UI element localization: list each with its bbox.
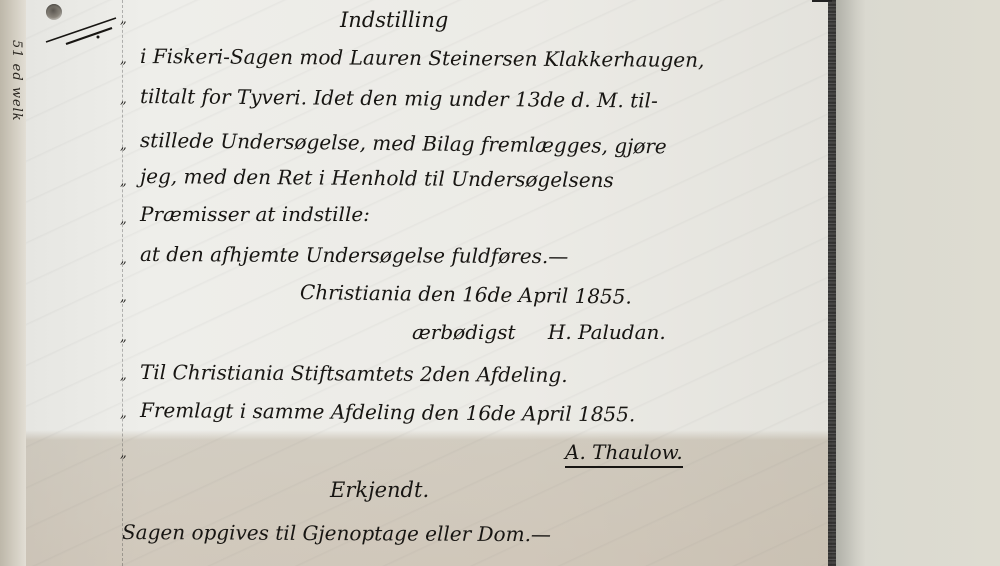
signature-block: ærbødigst H. Paludan. xyxy=(412,320,666,344)
sheet-shadow xyxy=(836,0,866,566)
sheet-right-edge xyxy=(828,0,836,566)
closing-phrase: ærbødigst xyxy=(412,320,516,344)
ditto-mark: „ xyxy=(120,174,127,189)
second-signature: A. Thaulow. xyxy=(565,440,683,468)
body-line: tiltalt for Tyveri. Idet den mig under 1… xyxy=(140,84,658,113)
margin-rule xyxy=(122,0,123,566)
folio-slash-mark-icon xyxy=(44,14,124,54)
address-line: Fremlagt i samme Afdeling den 16de April… xyxy=(140,398,636,426)
document-title: Indstilling xyxy=(340,8,448,32)
body-line: jeg, med den Ret i Henhold til Undersøge… xyxy=(140,164,614,192)
ditto-mark: „ xyxy=(120,138,127,153)
ditto-mark: „ xyxy=(120,330,127,345)
ditto-mark: „ xyxy=(120,446,127,461)
binding-strip: 51 ed welk xyxy=(0,0,27,566)
ditto-mark: „ xyxy=(120,252,127,267)
ditto-mark: „ xyxy=(120,290,127,305)
ditto-mark: „ xyxy=(120,368,127,383)
address-line: Til Christiania Stiftsamtets 2den Afdeli… xyxy=(140,360,568,387)
place-date: Christiania den 16de April 1855. xyxy=(300,280,632,309)
decision-heading: Erkjendt. xyxy=(330,478,429,502)
ditto-mark: „ xyxy=(120,92,127,107)
ditto-mark: „ xyxy=(120,52,127,67)
ditto-mark: „ xyxy=(120,212,127,227)
body-line: at den afhjemte Undersøgelse fuldføres.— xyxy=(140,242,568,268)
decision-text: Sagen opgives til Gjenoptage eller Dom.— xyxy=(122,520,551,546)
signature: H. Paludan. xyxy=(548,320,666,344)
ditto-mark: „ xyxy=(120,406,127,421)
body-line: i Fiskeri-Sagen mod Lauren Steinersen Kl… xyxy=(140,44,705,72)
margin-note: 51 ed welk xyxy=(2,40,24,170)
document-photo: 51 ed welk „ „ „ „ „ „ „ „ „ „ „ „ Indst… xyxy=(0,0,1000,566)
ditto-mark: „ xyxy=(120,12,127,27)
body-line: Præmisser at indstille: xyxy=(140,202,370,226)
